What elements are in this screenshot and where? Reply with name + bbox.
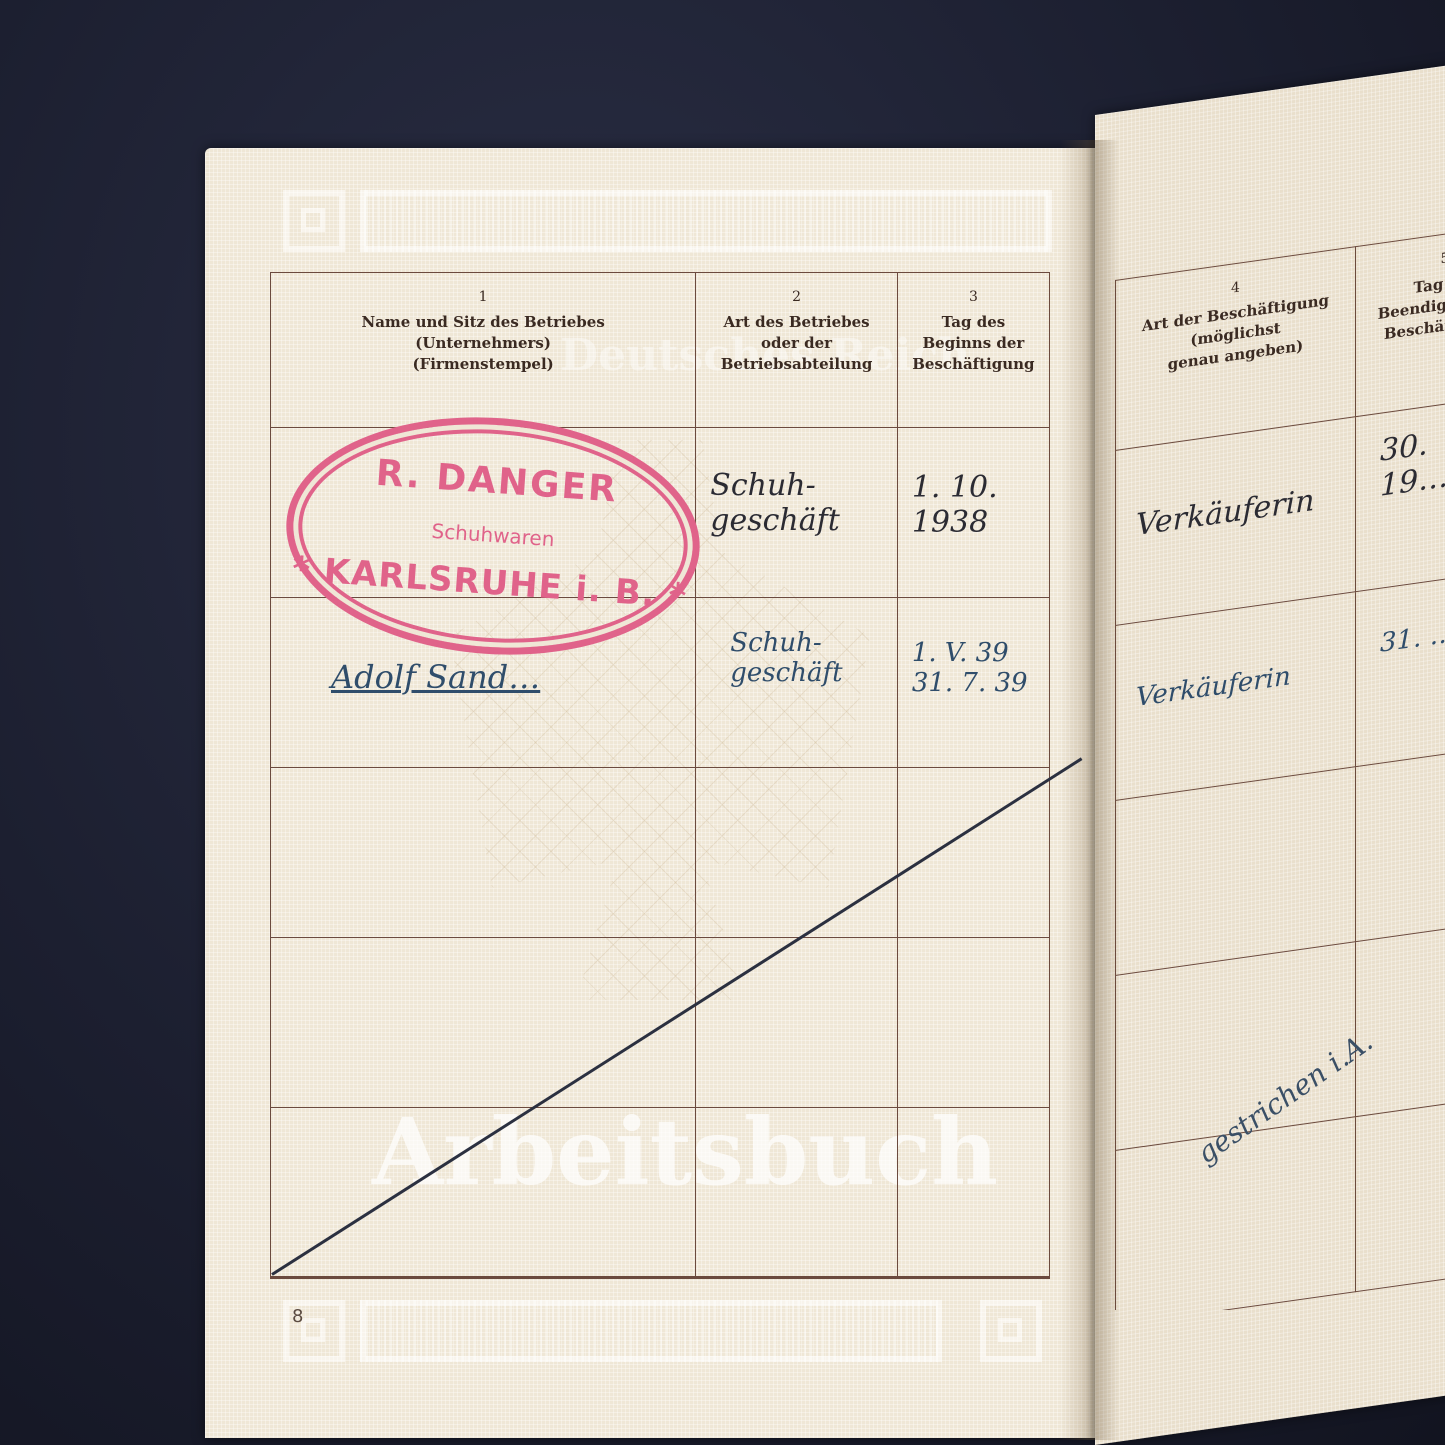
end-date-cell: 30. 19…	[1355, 392, 1445, 592]
border-band-bottom	[360, 1300, 942, 1362]
employment-table-right: 4 Art der Beschäftigung (möglichst genau…	[1115, 221, 1445, 1310]
column-header-1: 1 Name und Sitz des Betriebes (Unternehm…	[271, 273, 696, 428]
employer-signature: Adolf Sand…	[331, 658, 695, 696]
column-header-2: 2 Art des Betriebes oder der Betriebsabt…	[696, 273, 898, 428]
right-page-content: 4 Art der Beschäftigung (möglichst genau…	[1115, 190, 1445, 1310]
start-date-cell: 1. V. 39 31. 7. 39	[897, 598, 1049, 768]
border-ornament-icon	[283, 190, 345, 252]
end-date-cell: 31. …	[1355, 567, 1445, 767]
start-date-cell: 1. 10. 1938	[897, 428, 1049, 598]
column-header-4: 4 Art der Beschäftigung (möglichst genau…	[1116, 247, 1356, 451]
border-ornament-icon	[980, 1300, 1042, 1362]
column-header-3: 3 Tag des Beginns der Beschäftigung	[897, 273, 1049, 428]
table-header-row: 1 Name und Sitz des Betriebes (Unternehm…	[271, 273, 1050, 428]
occupation-cell: Verkäuferin	[1116, 417, 1356, 626]
table-row	[271, 938, 1050, 1108]
business-type-cell: Schuh- geschäft	[696, 598, 898, 768]
table-row	[271, 1108, 1050, 1278]
border-band-top	[360, 190, 1052, 252]
book-gutter	[1060, 140, 1120, 1440]
business-type-cell: Schuh- geschäft	[696, 428, 898, 598]
page-number: 8	[292, 1306, 303, 1327]
employment-table-left: 1 Name und Sitz des Betriebes (Unternehm…	[270, 272, 1050, 1279]
column-header-5: 5 Tag der Beendigung der Beschäftigung	[1355, 222, 1445, 417]
occupation-cell: Verkäuferin	[1116, 592, 1356, 801]
